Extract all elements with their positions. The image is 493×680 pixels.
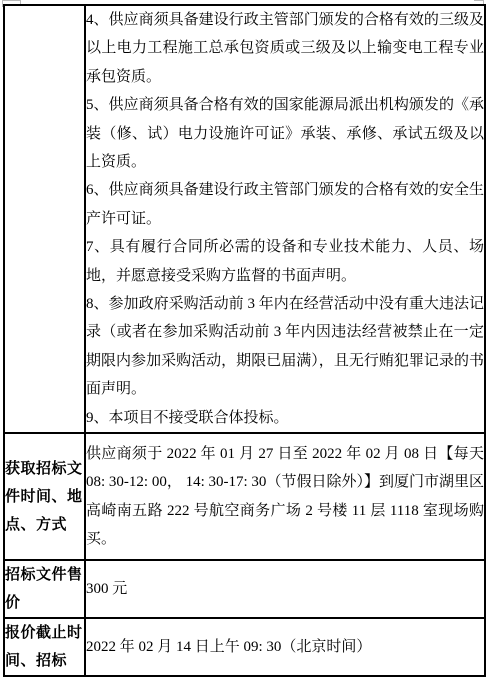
row-label: 获取招标文件时间、地点、方式 <box>5 461 83 533</box>
table-row-document-purchase: 获取招标文件时间、地点、方式 供应商须于 2022 年 01 月 27 日至 2… <box>4 433 485 560</box>
purchase-info-text: 供应商须于 2022 年 01 月 27 日至 2022 年 02 月 08 日… <box>86 440 484 554</box>
qualification-item-8: 8、参加政府采购活动前 3 年内在经营活动中没有重大违法记录（或者在参加采购活动… <box>86 290 484 404</box>
row-label-cell-deadline: 报价截止时间、招标 <box>4 618 85 676</box>
row-label: 报价截止时间、招标 <box>5 625 83 669</box>
tender-info-table: 4、供应商须具备建设行政主管部门颁发的合格有效的三级及以上电力工程施工总承包资质… <box>3 4 486 677</box>
row-label-cell-price: 招标文件售价 <box>4 560 85 618</box>
document-page: { "page": { "background": "#ffffff", "te… <box>0 0 493 680</box>
price-cell: 300 元 <box>85 560 485 618</box>
deadline-text: 2022 年 02 月 14 日上午 09: 30（北京时间） <box>86 633 484 661</box>
qualification-item-4: 4、供应商须具备建设行政主管部门颁发的合格有效的三级及以上电力工程施工总承包资质… <box>86 6 484 91</box>
deadline-cell: 2022 年 02 月 14 日上午 09: 30（北京时间） <box>85 618 485 676</box>
row-label-cell-empty <box>4 5 85 433</box>
table-row-document-price: 招标文件售价 300 元 <box>4 560 485 618</box>
row-label-cell-purchase: 获取招标文件时间、地点、方式 <box>4 433 85 560</box>
table-row-deadline: 报价截止时间、招标 2022 年 02 月 14 日上午 09: 30（北京时间… <box>4 618 485 676</box>
qualification-item-6: 6、供应商须具备建设行政主管部门颁发的合格有效的安全生产许可证。 <box>86 176 484 233</box>
price-text: 300 元 <box>86 575 484 603</box>
qualification-item-9: 9、本项目不接受联合体投标。 <box>86 404 484 432</box>
qualifications-cell: 4、供应商须具备建设行政主管部门颁发的合格有效的三级及以上电力工程施工总承包资质… <box>85 5 485 433</box>
qualification-item-7: 7、具有履行合同所必需的设备和专业技术能力、人员、场地，并愿意接受采购方监督的书… <box>86 233 484 290</box>
table-row-qualifications: 4、供应商须具备建设行政主管部门颁发的合格有效的三级及以上电力工程施工总承包资质… <box>4 5 485 433</box>
purchase-info-cell: 供应商须于 2022 年 01 月 27 日至 2022 年 02 月 08 日… <box>85 433 485 560</box>
row-label: 招标文件售价 <box>5 567 83 611</box>
qualification-item-5: 5、供应商须具备合格有效的国家能源局派出机构颁发的《承装（修、试）电力设施许可证… <box>86 91 484 176</box>
